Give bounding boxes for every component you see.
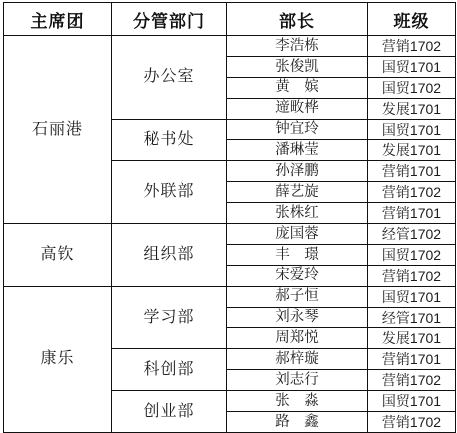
leader-cell: 石丽港 — [4, 36, 112, 224]
minister-cell: 李浩栋 — [227, 36, 368, 57]
minister-cell: 周郑悦 — [227, 328, 368, 349]
minister-cell: 路 鑫 — [227, 412, 368, 433]
department-cell: 学习部 — [112, 286, 227, 349]
class-cell: 营销1701 — [368, 203, 456, 224]
department-cell: 组织部 — [112, 224, 227, 287]
minister-cell: 刘永琴 — [227, 307, 368, 328]
class-cell: 国贸1702 — [368, 244, 456, 265]
org-table-body: 石丽港办公室李浩栋营销1702张俊凯国贸1701黄 嫔国贸1702遆畋桦发展17… — [4, 36, 456, 433]
minister-cell: 潘琳莹 — [227, 140, 368, 161]
class-cell: 国贸1701 — [368, 286, 456, 307]
minister-cell: 薛艺旋 — [227, 182, 368, 203]
minister-cell: 黄 嫔 — [227, 77, 368, 98]
department-cell: 办公室 — [112, 36, 227, 120]
leader-cell: 高钦 — [4, 224, 112, 287]
header-department: 分管部门 — [112, 3, 227, 36]
class-cell: 经管1701 — [368, 307, 456, 328]
class-cell: 营销1701 — [368, 161, 456, 182]
class-cell: 营销1702 — [368, 370, 456, 391]
class-cell: 营销1702 — [368, 36, 456, 57]
minister-cell: 郝梓璇 — [227, 349, 368, 370]
class-cell: 国贸1701 — [368, 391, 456, 412]
minister-cell: 张 淼 — [227, 391, 368, 412]
header-minister: 部长 — [227, 3, 368, 36]
minister-cell: 庞国蓉 — [227, 224, 368, 245]
org-table-header: 主席团 分管部门 部长 班级 — [4, 3, 456, 36]
minister-cell: 郝子恒 — [227, 286, 368, 307]
leader-cell: 康乐 — [4, 286, 112, 432]
table-row: 康乐学习部郝子恒国贸1701 — [4, 286, 456, 307]
class-cell: 国贸1702 — [368, 77, 456, 98]
header-class: 班级 — [368, 3, 456, 36]
department-cell: 外联部 — [112, 161, 227, 224]
minister-cell: 张俊凯 — [227, 56, 368, 77]
department-cell: 创业部 — [112, 391, 227, 433]
table-row: 石丽港办公室李浩栋营销1702 — [4, 36, 456, 57]
header-row: 主席团 分管部门 部长 班级 — [4, 3, 456, 36]
minister-cell: 张株红 — [227, 203, 368, 224]
minister-cell: 孙泽鹏 — [227, 161, 368, 182]
class-cell: 发展1701 — [368, 98, 456, 119]
class-cell: 发展1701 — [368, 328, 456, 349]
class-cell: 营销1701 — [368, 349, 456, 370]
class-cell: 发展1701 — [368, 140, 456, 161]
minister-cell: 宋爱玲 — [227, 265, 368, 286]
class-cell: 经管1702 — [368, 224, 456, 245]
org-table: 主席团 分管部门 部长 班级 石丽港办公室李浩栋营销1702张俊凯国贸1701黄… — [3, 2, 456, 433]
page: 主席团 分管部门 部长 班级 石丽港办公室李浩栋营销1702张俊凯国贸1701黄… — [0, 0, 457, 431]
department-cell: 秘书处 — [112, 119, 227, 161]
minister-cell: 丰 璟 — [227, 244, 368, 265]
minister-cell: 刘志行 — [227, 370, 368, 391]
table-row: 高钦组织部庞国蓉经管1702 — [4, 224, 456, 245]
minister-cell: 遆畋桦 — [227, 98, 368, 119]
class-cell: 营销1702 — [368, 182, 456, 203]
class-cell: 营销1702 — [368, 265, 456, 286]
class-cell: 营销1702 — [368, 412, 456, 433]
minister-cell: 钟宜玲 — [227, 119, 368, 140]
header-presidium: 主席团 — [4, 3, 112, 36]
department-cell: 科创部 — [112, 349, 227, 391]
class-cell: 国贸1701 — [368, 119, 456, 140]
class-cell: 国贸1701 — [368, 56, 456, 77]
